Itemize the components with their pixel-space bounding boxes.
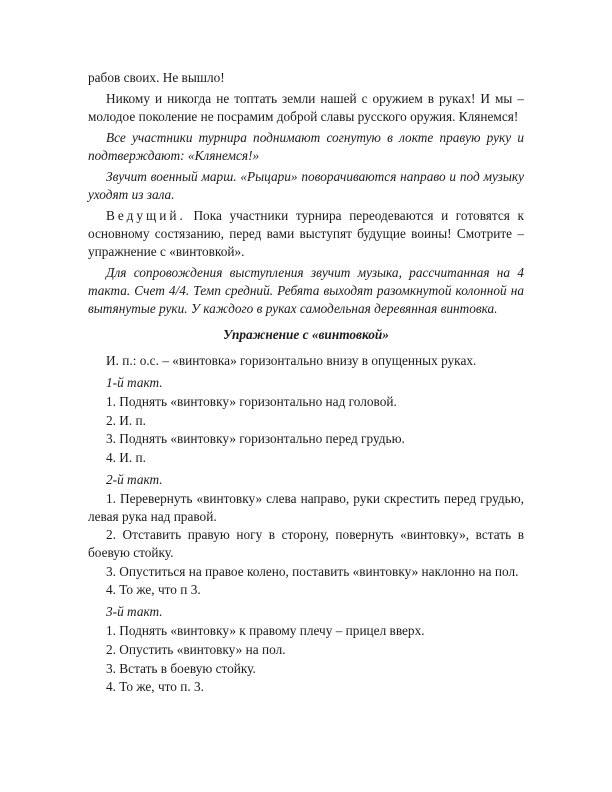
stage-direction-music: Для сопровождения выступления звучит муз…: [88, 264, 524, 318]
exercise-step: 2. Отставить правую ногу в сторону, пове…: [88, 526, 524, 561]
exercise-step: 3. Опуститься на правое колено, поставит…: [88, 563, 524, 581]
exercise-step: 1. Поднять «винтовку» горизонтально над …: [88, 393, 524, 411]
paragraph-oath: Никому и никогда не топтать земли нашей …: [88, 90, 524, 126]
exercise-step: 1. Поднять «винтовку» к правому плечу – …: [88, 622, 524, 640]
stage-direction-oath: Все участники турнира поднимают согнутую…: [88, 129, 524, 165]
takt-2-label: 2-й такт.: [88, 471, 524, 489]
starting-position-line: И. п.: о.с. – «винтовка» горизонтально в…: [88, 352, 524, 370]
document-page: рабов своих. Не вышло! Никому и никогда …: [0, 0, 612, 792]
section-heading: Упражнение с «винтовкой»: [88, 326, 524, 344]
exercise-step: 3. Встать в боевую стойку.: [88, 660, 524, 678]
exercise-step: 4. То же, что п. 3.: [88, 678, 524, 696]
speaker-name: Ведущий.: [106, 208, 186, 223]
exercise-step: 4. То же, что п 3.: [88, 581, 524, 599]
exercise-step: 3. Поднять «винтовку» горизонтально пере…: [88, 430, 524, 448]
takt-3-label: 3-й такт.: [88, 603, 524, 621]
paragraph-host-speech: Ведущий. Пока участники турнира переодев…: [88, 207, 524, 261]
exercise-step: 1. Перевернуть «винтовку» слева направо,…: [88, 490, 524, 525]
takt-1-label: 1-й такт.: [88, 374, 524, 392]
text-block: рабов своих. Не вышло! Никому и никогда …: [88, 69, 524, 696]
exercise-step: 2. И. п.: [88, 412, 524, 430]
stage-direction-march: Звучит военный марш. «Рыцари» поворачива…: [88, 168, 524, 204]
exercise-step: 4. И. п.: [88, 449, 524, 467]
exercise-step: 2. Опустить «винтовку» на пол.: [88, 641, 524, 659]
paragraph-continuation: рабов своих. Не вышло!: [88, 69, 524, 87]
